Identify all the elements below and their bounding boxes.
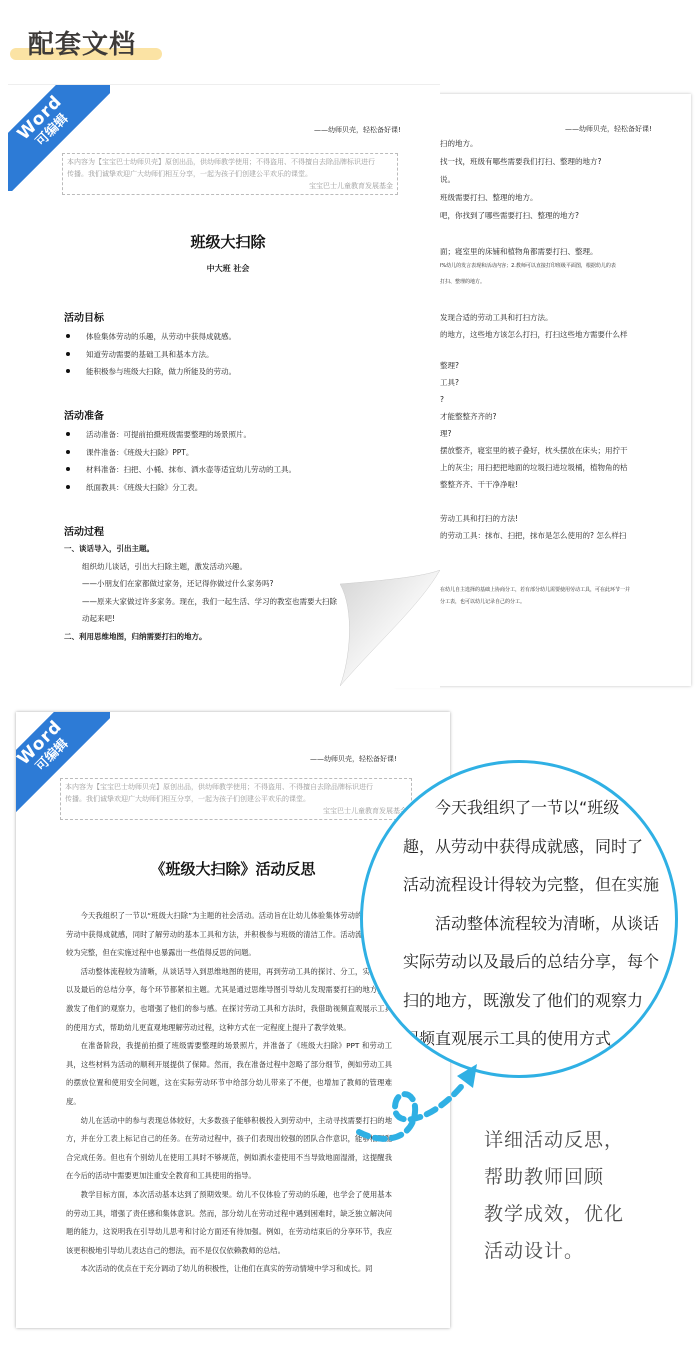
- paragraph: 活动整体流程较为清晰，从谈话导入到思维地图的使用，再到劳动工具的探讨、分工，实际…: [66, 963, 392, 1037]
- reflection-body: 今天我组织了一节以“班级大扫除”为主题的社会活动。活动旨在让幼儿体验集体劳动的乐…: [66, 907, 392, 1279]
- section-heading-goals: 活动目标: [64, 309, 104, 324]
- list-item: 纸面教具：《班级大扫除》分工表。: [64, 482, 296, 500]
- goals-list: 体验集体劳动的乐趣，从劳动中获得成就感。 知道劳动需要的基础工具和基本方法。 能…: [64, 331, 236, 384]
- paragraph: 教学目标方面，本次活动基本达到了预期效果。幼儿不仅体验了劳动的乐趣，也学会了使用…: [66, 1186, 392, 1260]
- word-editable-badge: Word 可编辑: [16, 712, 110, 816]
- word-editable-badge: Word 可编辑: [8, 84, 110, 191]
- slogan: ——幼师贝壳，轻松备好课!: [310, 754, 397, 764]
- copyright-notice: 本内容为【宝宝巴士幼师贝壳】原创出品，供幼师教学使用；不得盗用、不得擅自去除品牌…: [60, 778, 412, 820]
- list-item: 体验集体劳动的乐趣，从劳动中获得成就感。: [64, 331, 236, 349]
- section-heading-process: 活动过程: [64, 523, 104, 538]
- magnifier-callout: 今天我组织了一节以“班级 趣，从劳动中获得成就感，同时了 活动流程设计得较为完整…: [360, 760, 678, 1078]
- list-item: 课件准备：《班级大扫除》PPT。: [64, 447, 296, 465]
- section-header: 配套文档: [10, 22, 170, 64]
- list-item: 活动准备：可提前拍摄班级需要整理的场景照片。: [64, 429, 296, 447]
- doc2-page: ——幼师贝壳，轻松备好课! 本内容为【宝宝巴士幼师贝壳】原创出品，供幼师教学使用…: [16, 712, 450, 1328]
- doc-title: 班级大扫除: [8, 231, 440, 252]
- list-item: 能积极参与班级大扫除，做力所能及的劳动。: [64, 366, 236, 384]
- back-page-text: 要打扫的地方。 找表找一找，班级有哪些需要我们打扫、整理的地方? 说一说。 总结…: [425, 138, 687, 610]
- slogan: ——幼师贝壳，轻松备好课!: [565, 124, 652, 134]
- copyright-notice: 本内容为【宝宝巴士幼师贝壳】原创出品，供幼师教学使用；不得盗用、不得擅自去除品牌…: [62, 153, 398, 195]
- feature-caption: 详细活动反思， 帮助教师回顾 教学成效，优化 活动设计。: [484, 1122, 624, 1270]
- section-title: 配套文档: [28, 24, 136, 61]
- list-item: 知道劳动需要的基础工具和基本方法。: [64, 349, 236, 367]
- section-heading-prep: 活动准备: [64, 407, 104, 422]
- page-curl-icon: [340, 570, 440, 688]
- list-item: 材料准备：扫把、小桶、抹布、洒水壶等适宜幼儿劳动的工具。: [64, 464, 296, 482]
- slogan: ——幼师贝壳，轻松备好课!: [314, 125, 401, 135]
- magnified-text: 今天我组织了一节以“班级 趣，从劳动中获得成就感，同时了 活动流程设计得较为完整…: [403, 795, 678, 1065]
- paragraph: 本次活动的优点在于充分调动了幼儿的积极性，让他们在真实的劳动情境中学习和成长。同: [66, 1260, 392, 1279]
- dashed-arrow-icon: [355, 1060, 485, 1160]
- process-text: 一、谈话导入，引出主题。 组织幼儿谈话，引出大扫除主题，激发活动兴趣。 ——小朋…: [64, 543, 348, 648]
- paragraph: 今天我组织了一节以“班级大扫除”为主题的社会活动。活动旨在让幼儿体验集体劳动的乐…: [66, 907, 392, 963]
- prep-list: 活动准备：可提前拍摄班级需要整理的场景照片。 课件准备：《班级大扫除》PPT。 …: [64, 429, 296, 499]
- paragraph: 幼儿在活动中的参与表现总体较好，大多数孩子能够积极投入到劳动中，主动寻找需要打扫…: [66, 1112, 392, 1186]
- doc-subtitle: 中大班 社会: [8, 263, 440, 274]
- paragraph: 在准备阶段，我提前拍摄了班级需要整理的场景照片，并准备了《班级大扫除》PPT 和…: [66, 1037, 392, 1111]
